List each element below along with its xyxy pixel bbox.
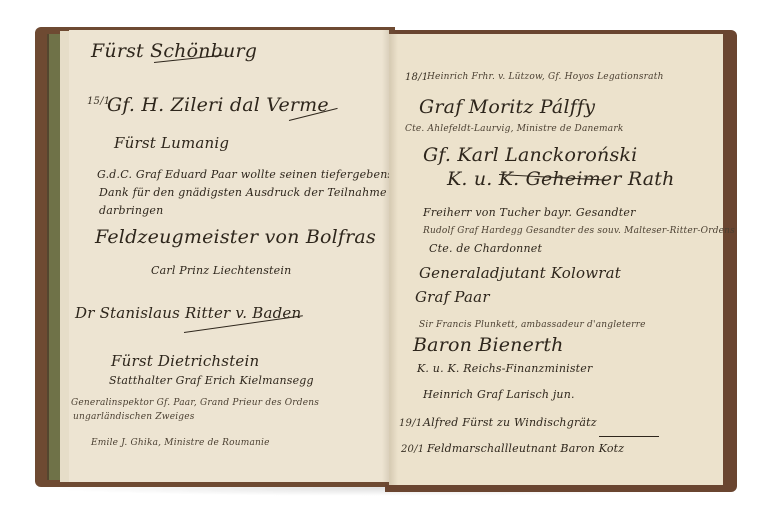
signature-entry: Baron Bienerth	[413, 334, 564, 356]
signature-entry: K. u. K. Geheimer Rath	[447, 168, 675, 190]
signature-entry: Rudolf Graf Hardegg Gesandter des souv. …	[423, 226, 735, 236]
signature-entry: Cte. Ahlefeldt-Laurvig, Ministre de Dane…	[405, 124, 624, 134]
signature-entry: Heinrich Frhr. v. Lützow, Gf. Hoyos Lega…	[427, 72, 664, 82]
signature-entry: Fürst Schönburg	[91, 40, 257, 62]
book-spine-gutter	[382, 30, 398, 485]
signature-entry: K. u. K. Reichs-Finanzminister	[417, 362, 592, 375]
entry-date: 18/1	[405, 72, 428, 83]
signature-entry: Dank für den gnädigsten Ausdruck der Tei…	[99, 186, 387, 199]
signature-entry: G.d.C. Graf Eduard Paar wollte seinen ti…	[97, 168, 412, 181]
signature-entry: Statthalter Graf Erich Kielmansegg	[109, 374, 314, 387]
signature-entry: Alfred Fürst zu Windischgrätz	[423, 416, 597, 429]
entry-date: 19/1	[399, 418, 422, 429]
signature-entry: Emile J. Ghika, Ministre de Roumanie	[91, 438, 270, 448]
signature-entry: Fürst Lumanig	[114, 134, 229, 152]
signature-entry: Generaladjutant Kolowrat	[419, 264, 621, 282]
signature-entry: Gf. H. Zileri dal Verme	[107, 94, 329, 116]
signature-entry: Freiherr von Tucher bayr. Gesandter	[423, 206, 636, 219]
signature-entry: Gf. Karl Lanckoroński	[423, 144, 637, 166]
signature-entry: darbringen	[99, 204, 163, 217]
signature-entry: Heinrich Graf Larisch jun.	[423, 388, 575, 401]
right-page: 18/1 Heinrich Frhr. v. Lützow, Gf. Hoyos…	[389, 34, 723, 485]
entry-date: 20/1	[401, 444, 424, 455]
signature-entry: Feldzeugmeister von Bolfras	[95, 226, 376, 248]
signature-entry: Fürst Dietrichstein	[111, 352, 259, 370]
signature-book-photo: Fürst Schönburg 15/1 Gf. H. Zileri dal V…	[0, 0, 768, 516]
signature-entry: Cte. de Chardonnet	[429, 242, 542, 255]
signature-entry: Graf Paar	[415, 288, 490, 306]
left-page: Fürst Schönburg 15/1 Gf. H. Zileri dal V…	[69, 30, 389, 482]
signature-entry: Carl Prinz Liechtenstein	[151, 264, 291, 277]
signature-entry: Feldmarschallleutnant Baron Kotz	[427, 442, 624, 455]
signature-entry: Generalinspektor Gf. Paar, Grand Prieur …	[71, 398, 319, 408]
signature-entry: ungarländischen Zweiges	[73, 412, 195, 422]
signature-entry: Graf Moritz Pálffy	[419, 96, 595, 118]
signature-entry: Sir Francis Plunkett, ambassadeur d'angl…	[419, 320, 646, 330]
flourish-line	[599, 436, 659, 437]
